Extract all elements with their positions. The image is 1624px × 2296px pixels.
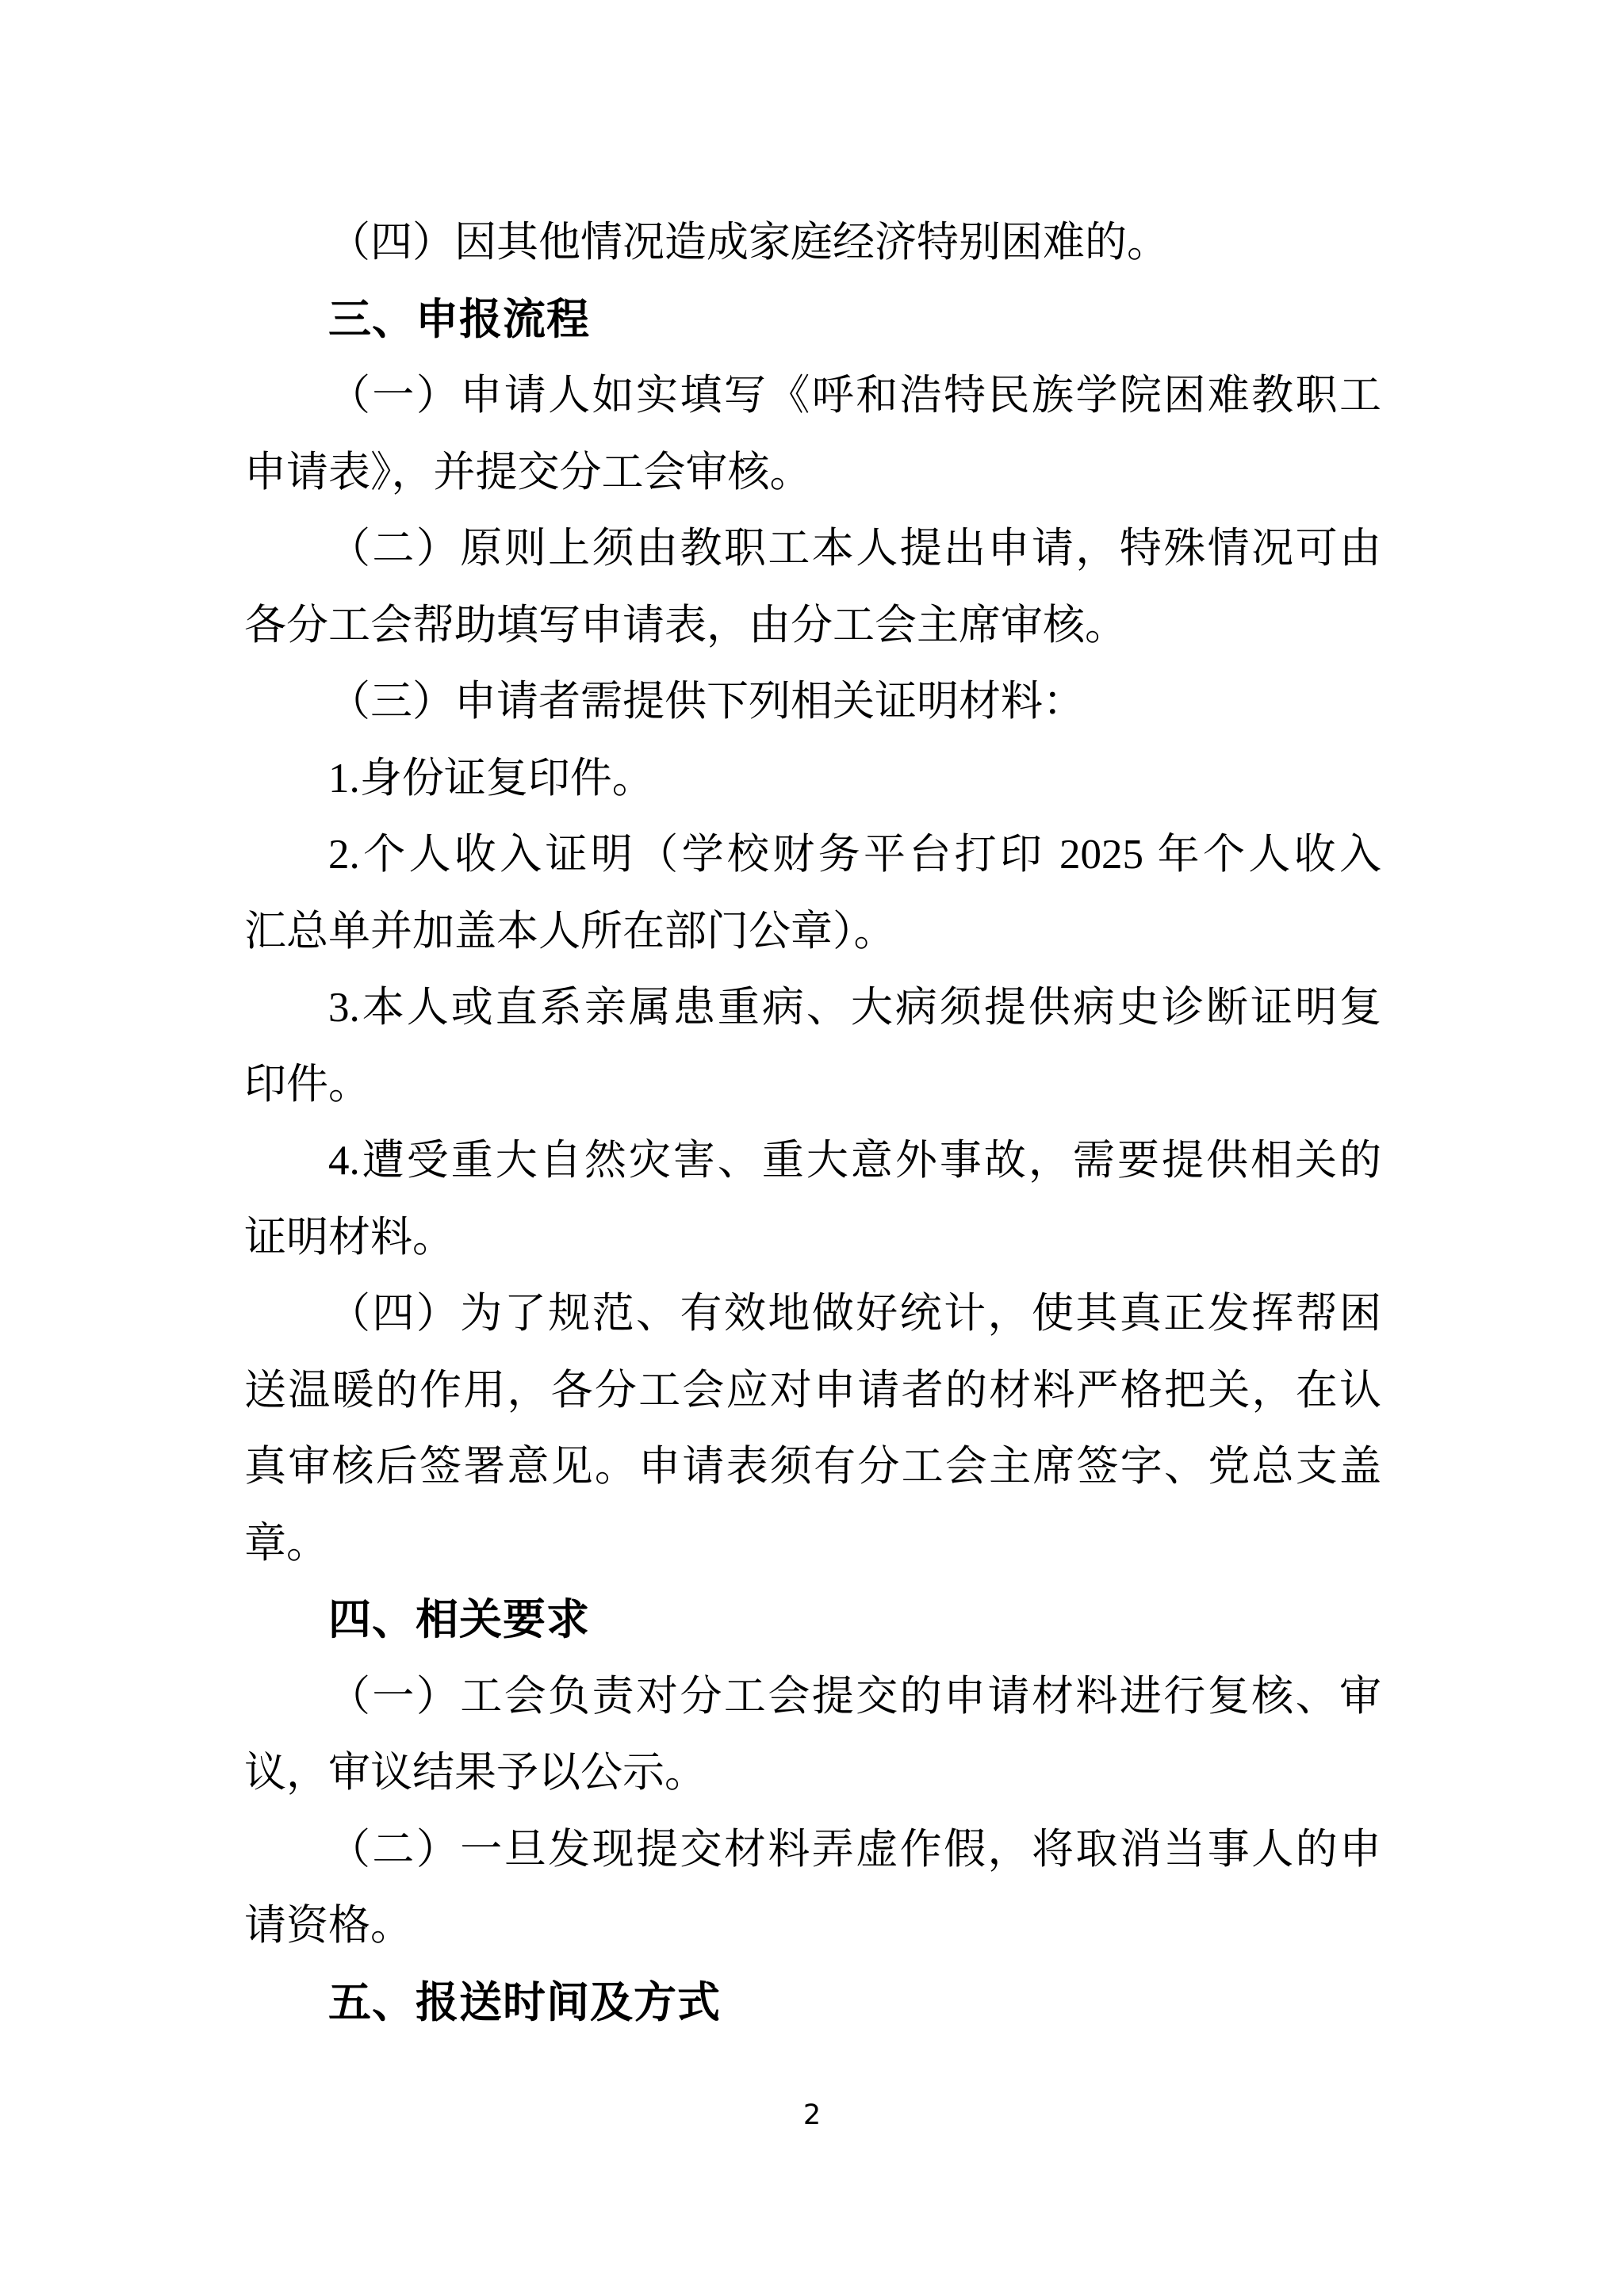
- text-line: 各分工会帮助填写申请表，由分工会主席审核。: [244, 587, 1381, 664]
- text-line: （一）申请人如实填写《呼和浩特民族学院困难教职工: [244, 358, 1381, 434]
- text-line: （二）原则上须由教职工本人提出申请，特殊情况可由: [244, 511, 1381, 587]
- text-line: （二）一旦发现提交材料弄虚作假，将取消当事人的申: [244, 1812, 1381, 1888]
- section-heading: 四、相关要求: [244, 1582, 1381, 1659]
- page-number: 2: [0, 2093, 1624, 2137]
- text-line: 申请表》，并提交分工会审核。: [244, 434, 1381, 511]
- text-line: 2.个人收入证明（学校财务平台打印 2025 年个人收入: [244, 817, 1381, 894]
- document-page: （四）因其他情况造成家庭经济特别困难的。三、申报流程（一）申请人如实填写《呼和浩…: [0, 0, 1624, 2296]
- text-line: 证明材料。: [244, 1200, 1381, 1276]
- text-line: （四）为了规范、有效地做好统计，使其真正发挥帮困: [244, 1276, 1381, 1353]
- text-line: 请资格。: [244, 1888, 1381, 1965]
- text-line: （三）申请者需提供下列相关证明材料：: [244, 664, 1381, 740]
- section-heading: 五、报送时间及方式: [244, 1965, 1381, 2042]
- text-line: 4.遭受重大自然灾害、重大意外事故，需要提供相关的: [244, 1123, 1381, 1200]
- text-line: 印件。: [244, 1047, 1381, 1123]
- text-line: 议，审议结果予以公示。: [244, 1735, 1381, 1812]
- text-line: （一）工会负责对分工会提交的申请材料进行复核、审: [244, 1659, 1381, 1735]
- section-heading: 三、申报流程: [244, 281, 1381, 358]
- text-line: 送温暖的作用，各分工会应对申请者的材料严格把关，在认: [244, 1353, 1381, 1429]
- text-line: 1.身份证复印件。: [244, 740, 1381, 817]
- text-line: 真审核后签署意见。申请表须有分工会主席签字、党总支盖: [244, 1429, 1381, 1506]
- text-line: 3.本人或直系亲属患重病、大病须提供病史诊断证明复: [244, 970, 1381, 1047]
- text-line: 章。: [244, 1506, 1381, 1582]
- text-line: （四）因其他情况造成家庭经济特别困难的。: [244, 205, 1381, 281]
- document-body: （四）因其他情况造成家庭经济特别困难的。三、申报流程（一）申请人如实填写《呼和浩…: [244, 205, 1381, 2041]
- text-line: 汇总单并加盖本人所在部门公章）。: [244, 894, 1381, 970]
